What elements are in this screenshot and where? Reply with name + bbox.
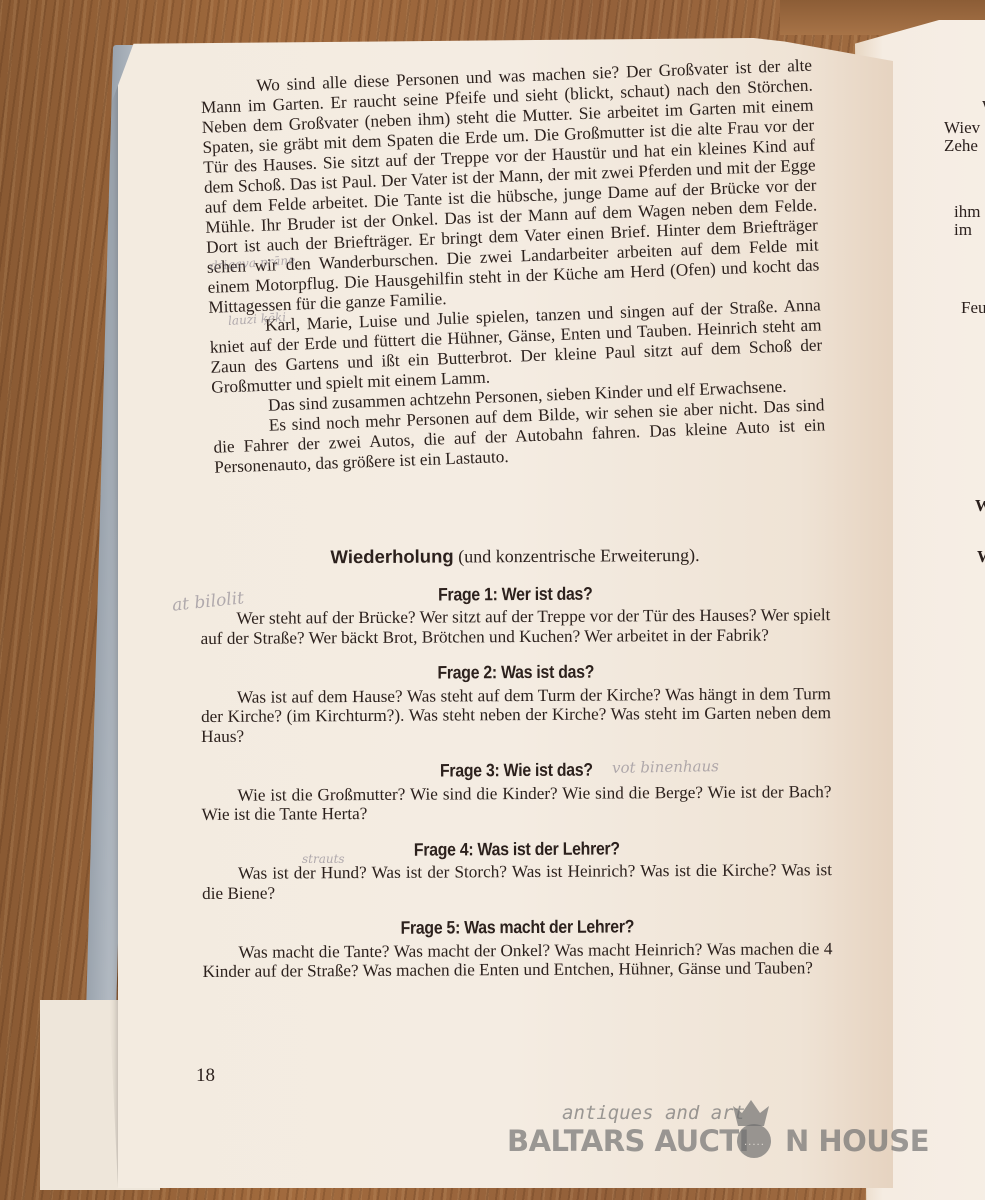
facing-page-fragment: Wiev — [944, 118, 980, 138]
question-body: Was macht die Tante? Was macht der Onkel… — [202, 939, 832, 982]
facing-page-fragment: W — [975, 496, 985, 516]
page-number: 18 — [196, 1065, 215, 1087]
watermark-tagline: antiques and art — [562, 1102, 745, 1124]
crown-icon — [733, 1100, 769, 1126]
question-body: Was ist auf dem Hause? Was steht auf dem… — [201, 684, 831, 746]
facing-page-fragment: im — [954, 220, 972, 240]
paragraph: Wo sind alle diese Personen und was mach… — [200, 56, 820, 318]
section-heading: Wiederholung (und konzentrische Erweiter… — [200, 544, 830, 568]
section-heading-bold: Wiederholung — [330, 545, 453, 567]
watermark-name-part2: N HOUSE — [785, 1124, 929, 1158]
question-body: Wer steht auf der Brücke? Wer sitzt auf … — [200, 605, 830, 648]
facing-page-fragment: W — [977, 547, 985, 567]
review-section: Wiederholung (und konzentrische Erweiter… — [200, 544, 833, 998]
handwritten-note: strauts — [302, 852, 345, 866]
watermark-name-part1: BALTARS AUCTI — [507, 1124, 749, 1158]
question-body: Wie ist die Großmutter? Wie sind die Kin… — [201, 782, 831, 825]
question-title: Frage 1: Wer ist das? — [238, 583, 793, 606]
ball-dots: ..... — [744, 1137, 765, 1148]
section-heading-subtitle: (und konzentrische Erweiterung). — [454, 545, 700, 567]
question-title: Frage 5: Was macht der Lehrer? — [240, 916, 795, 939]
facing-page-fragment: ihm — [954, 202, 980, 222]
question-title: Frage 2: Was ist das? — [239, 661, 794, 684]
watermark-ball-icon: ..... — [737, 1124, 771, 1158]
watermark: antiques and art BALTARS AUCTIN HOUSE ..… — [507, 1102, 907, 1172]
question-body: Was ist der Hund? Was ist der Storch? Wa… — [202, 860, 832, 903]
watermark-name: BALTARS AUCTIN HOUSE — [507, 1124, 929, 1158]
facing-page-fragment: Zehe — [944, 136, 978, 156]
facing-page-fragment: Feu — [961, 298, 985, 318]
handwritten-note: vot binenhaus — [612, 757, 719, 777]
